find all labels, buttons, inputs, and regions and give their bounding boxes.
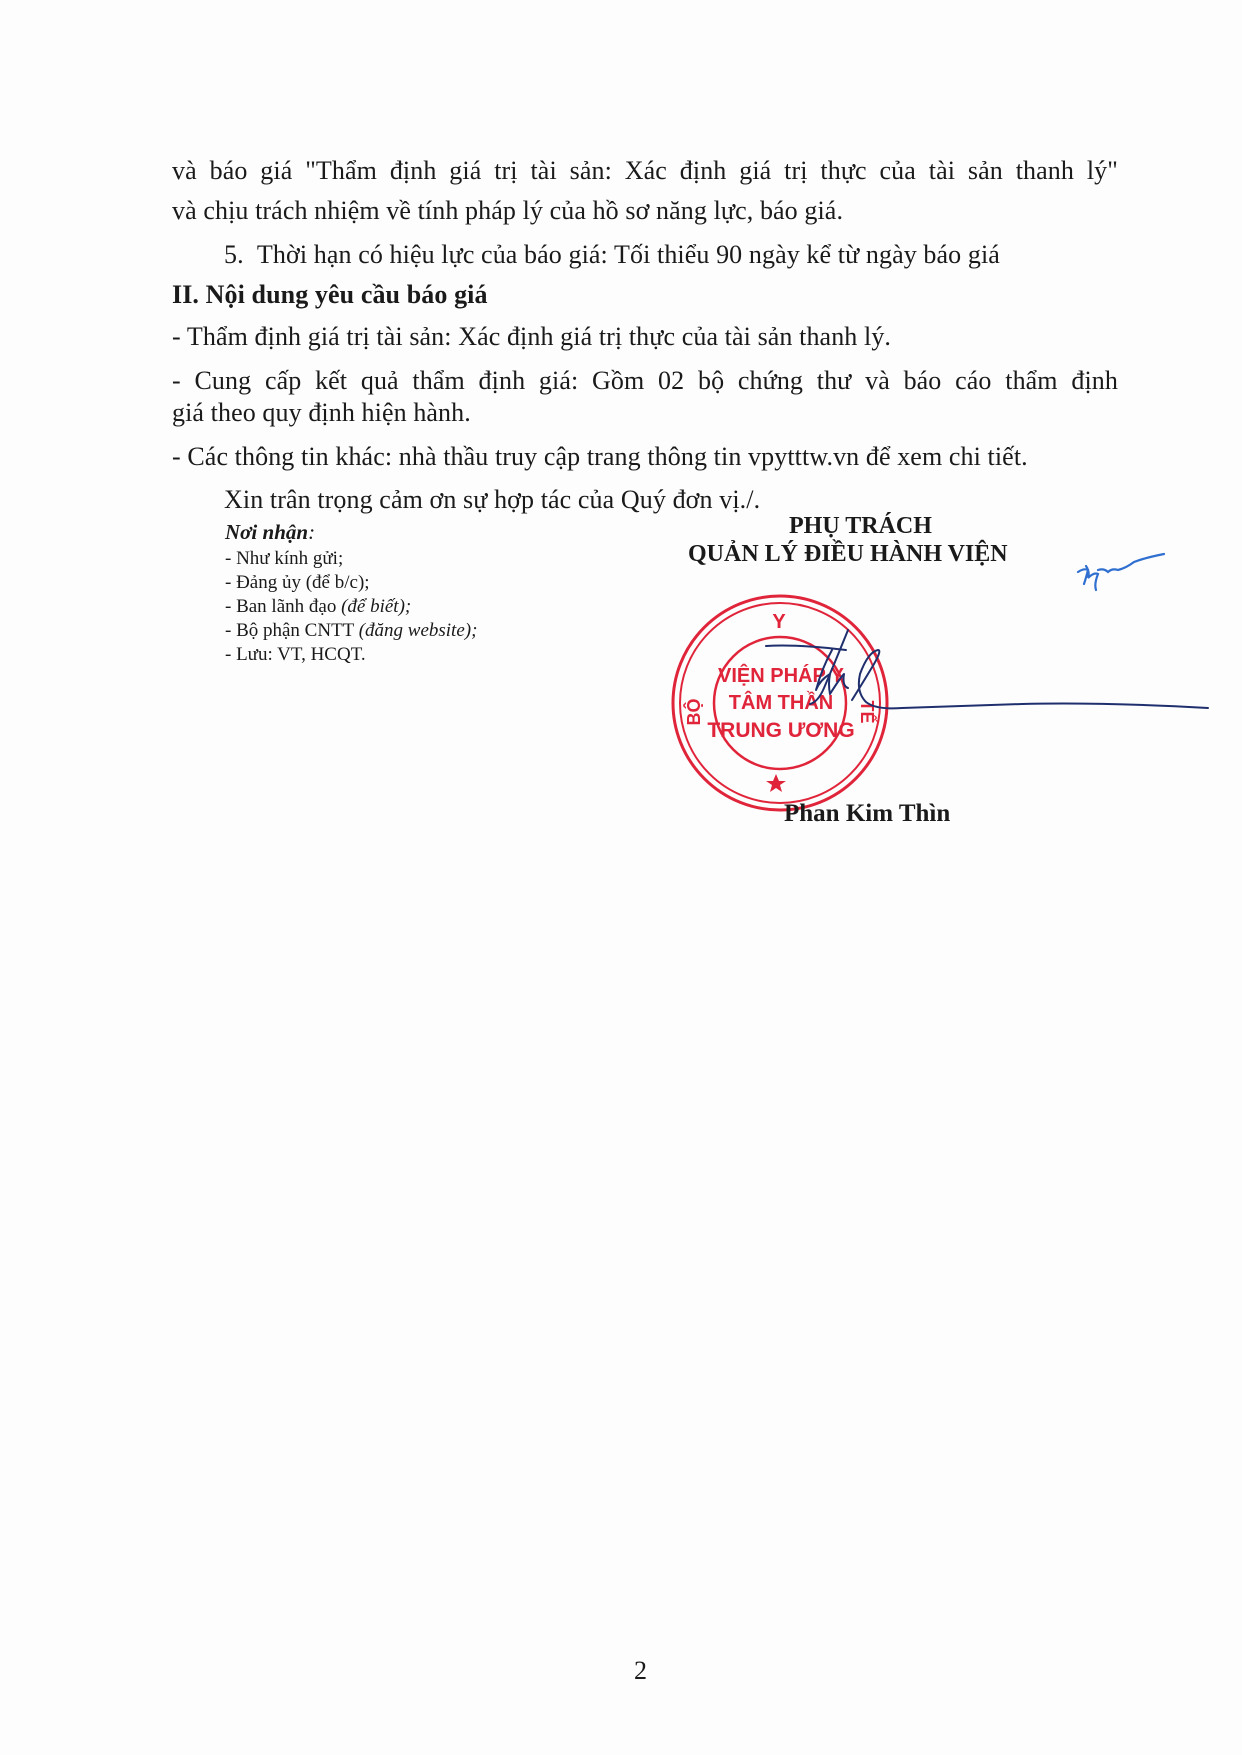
signer-name: Phan Kim Thìn <box>784 800 950 828</box>
stamp-top-letter: Y <box>772 611 786 633</box>
stamp-left-text: BỘ <box>683 699 704 726</box>
stamp-star-icon <box>766 774 786 792</box>
document-page: và báo giá "Thẩm định giá trị tài sản: X… <box>0 0 1242 1755</box>
stamp-center-line-2: TÂM THẦN <box>729 690 833 714</box>
initials-icon <box>1078 554 1164 590</box>
stamp-and-signature: Y BỘ TẾ VIỆN PHÁP Y TÂM THẦN TRUNG ƯƠNG <box>0 0 1242 1755</box>
page-number: 2 <box>634 1656 647 1686</box>
stamp-center-line-3: TRUNG ƯƠNG <box>707 719 854 742</box>
